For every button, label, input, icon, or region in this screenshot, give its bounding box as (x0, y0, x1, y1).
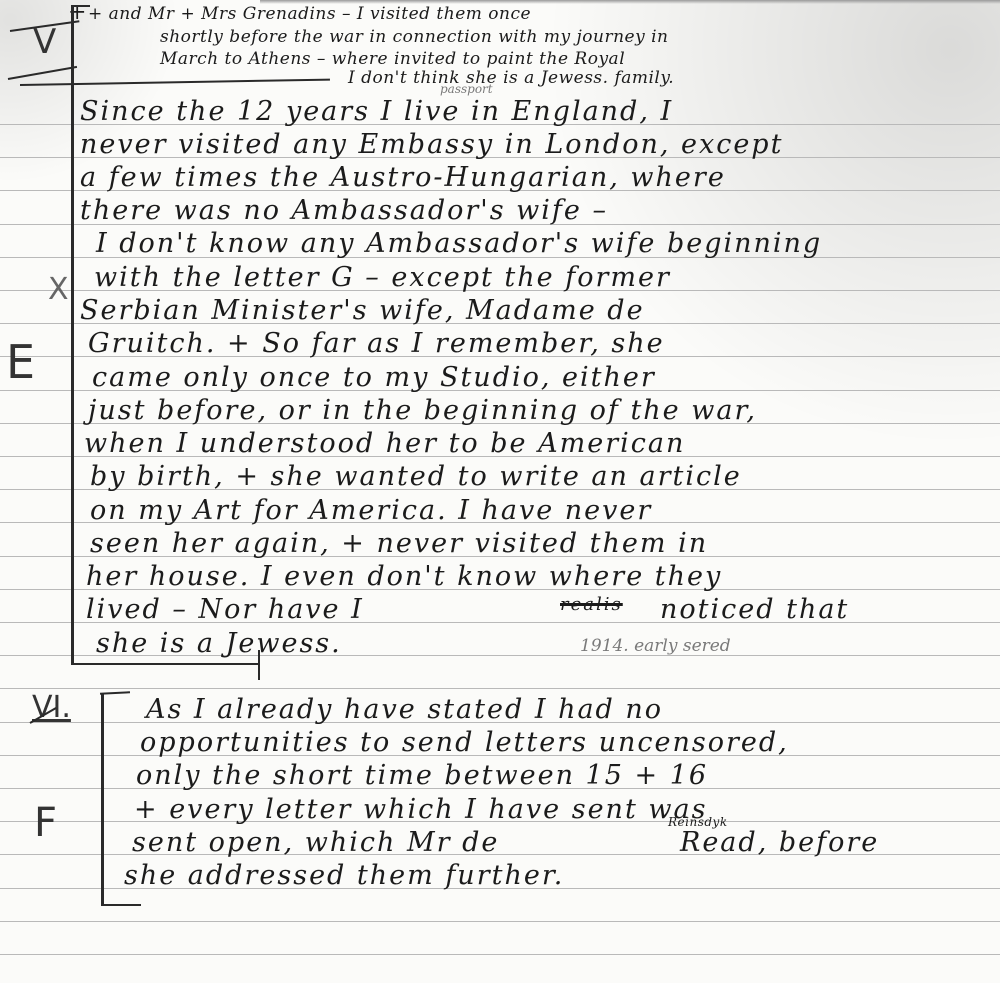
interlinear-note-passport: passport (440, 82, 493, 96)
handwritten-line: her house. I even don't know where they (86, 561, 722, 592)
handwritten-line: Since the 12 years I live in England, I (80, 96, 673, 127)
handwritten-line: Serbian Minister's wife, Madame de (80, 295, 645, 326)
handwritten-line: never visited any Embassy in London, exc… (80, 129, 783, 160)
handwritten-line: As I already have stated I had no (146, 694, 663, 725)
handwritten-line: only the short time between 15 + 16 (136, 760, 708, 791)
document-page: V + + and Mr + Mrs Grenadins – I visited… (0, 0, 1000, 983)
section-label-v: V (33, 22, 56, 62)
handwritten-line: on my Art for America. I have never (90, 495, 652, 526)
handwritten-line: noticed that (660, 594, 849, 625)
handwritten-line: she addressed them further. (124, 860, 564, 891)
handwritten-line: she is a Jewess. (96, 628, 342, 659)
handwritten-line: Read, before (680, 827, 879, 858)
bracket-bottom (72, 663, 260, 665)
handwritten-line: by birth, + she wanted to write an artic… (90, 461, 742, 492)
handwritten-line: opportunities to send letters uncensored… (140, 727, 789, 758)
section-bracket (101, 694, 104, 906)
handwritten-line: + every letter which I have sent was (134, 794, 707, 825)
handwritten-line: I don't think she is a Jewess. family. (348, 68, 674, 88)
section-bracket (71, 5, 74, 665)
margin-underline-stroke (8, 66, 77, 80)
side-mark-x: X (48, 272, 69, 307)
handwritten-line: just before, or in the beginning of the … (88, 395, 757, 426)
ruled-line (0, 921, 1000, 922)
section-label-f: F (34, 800, 57, 846)
handwritten-line: came only once to my Studio, either (92, 362, 656, 393)
handwritten-line: there was no Ambassador's wife – (80, 195, 608, 226)
handwritten-line: a few times the Austro-Hungarian, where (80, 162, 726, 193)
handwritten-line: with the letter G – except the former (94, 262, 671, 293)
section-label-vi: VI. (32, 690, 71, 725)
pencil-note-date: 1914. early sered (580, 636, 731, 656)
ruled-line (0, 688, 1000, 689)
bracket-top (72, 5, 90, 7)
handwritten-line: sent open, which Mr de (132, 827, 499, 858)
handwritten-line: + and Mr + Mrs Grenadins – I visited the… (88, 4, 531, 24)
handwritten-line: Gruitch. + So far as I remember, she (88, 328, 665, 359)
handwritten-line: when I understood her to be American (84, 428, 685, 459)
section-label-e: E (6, 335, 35, 389)
handwritten-line: seen her again, + never visited them in (90, 528, 708, 559)
struck-word: realis (560, 594, 623, 615)
bracket-bottom (101, 904, 141, 906)
handwritten-line: March to Athens – where invited to paint… (160, 49, 625, 69)
section-v-divider (20, 79, 330, 86)
ruled-line (0, 954, 1000, 955)
handwritten-line: I don't know any Ambassador's wife begin… (96, 228, 822, 259)
handwritten-line: lived – Nor have I (86, 594, 364, 625)
handwritten-line: shortly before the war in connection wit… (160, 27, 669, 47)
bracket-top (100, 691, 130, 695)
